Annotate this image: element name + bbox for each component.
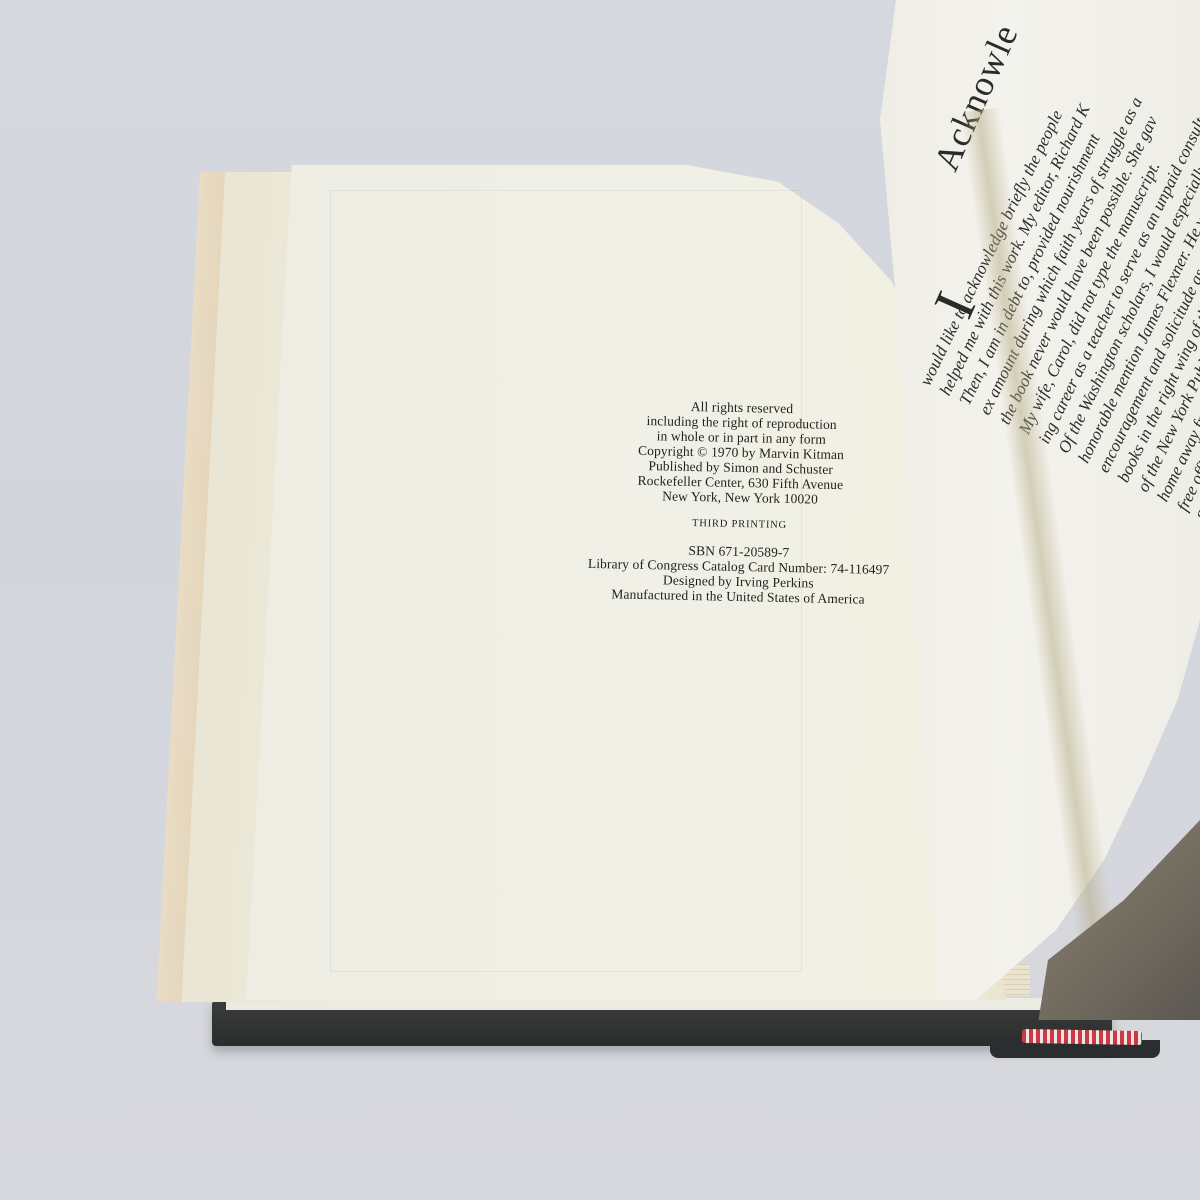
headband [1022, 1029, 1142, 1045]
copyright-block: All rights reserved including the right … [573, 397, 907, 608]
